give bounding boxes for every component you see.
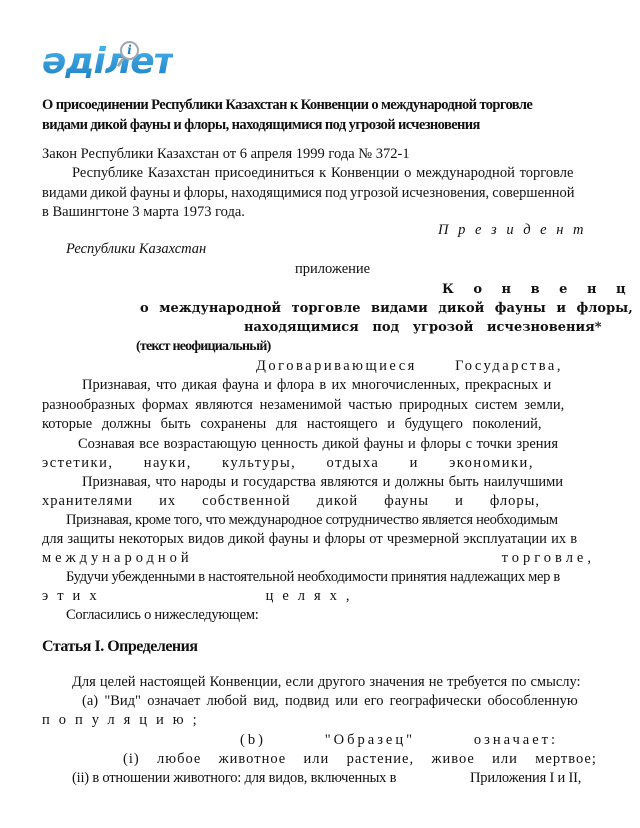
word: собственной [202,492,291,510]
article-1-heading: Статья I. Определения [42,638,198,656]
preamble-p5-line-1: Будучи убежденными в настоятельной необх… [66,568,560,586]
preamble-p4-line-3: международной торговле, [42,549,595,567]
unofficial-note: (текст неофициальный) [136,338,271,356]
word: науки, [144,454,192,472]
word: дикой [317,492,358,510]
word: хранителями [42,492,133,510]
parties-word: Государства, [455,358,563,374]
word: культуры, [222,454,296,472]
convention-title: К о н в е н ц и я [442,281,640,299]
word: растение, [347,750,414,768]
word: их [159,492,176,510]
word: эстетики, [42,454,113,472]
word: живое [431,750,474,768]
signature-president: П р е з и д е н т [438,221,587,239]
word: фауны [384,492,429,510]
agreed-line: Согласились о нижеследующем: [66,606,258,624]
article-1-a-line-2: популяцию; [42,711,206,729]
word: (i) [123,750,140,768]
preamble-p1-line-3: которые должны быть сохранены для настоя… [42,415,542,433]
document-title-line-1: О присоединении Республики Казахстан к К… [42,96,532,114]
word: любое [157,750,201,768]
logo-text: әділет [42,42,173,82]
word: и [455,492,464,510]
preamble-p3-line-1: Признавая, что народы и государства явля… [82,473,563,491]
word: означает: [474,731,558,749]
word: (b) [240,731,266,749]
word: торговле, [502,549,595,567]
word: экономики, [449,454,534,472]
word: животное [219,750,287,768]
appendix-label: приложение [295,260,370,278]
article-1-b-line: (b) "Образец" означает: [240,731,558,749]
law-reference: Закон Республики Казахстан от 6 апреля 1… [42,145,410,163]
preamble-p1-line-2: разнообразных формах являются незаменимо… [42,396,595,414]
convention-subtitle-1: о международной торговле видами дикой фа… [140,300,633,318]
article-1-i-line: (i) любое животное или растение, живое и… [123,750,597,768]
preamble-p5-line-2: этихцелях, [42,587,359,605]
word: и [410,454,419,472]
word: этих [42,588,106,604]
article-1-intro: Для целей настоящей Конвенции, если друг… [72,673,581,691]
convention-subtitle-2: находящимися под угрозой исчезновения* [244,319,602,337]
adilet-logo[interactable]: әділет i [42,42,182,84]
magnifier-i-icon: i [120,41,139,60]
preamble-p2-line-2: эстетики, науки, культуры, отдыха и экон… [42,454,534,472]
intro-line-3: в Вашингтоне 3 марта 1973 года. [42,203,245,221]
parties-line: Договаривающиеся Государства, [256,357,563,375]
word: целях, [266,588,359,604]
preamble-p4-line-1: Признавая, кроме того, что международное… [66,511,558,529]
preamble-p1-line-1: Признавая, что дикая фауна и флора в их … [82,376,595,394]
word: мертвое; [535,750,597,768]
word: отдыха [327,454,380,472]
word: флоры, [490,492,540,510]
article-1-ii-line-right: Приложения I и II, [470,769,581,787]
parties-word: Договаривающиеся [256,358,417,374]
intro-line-1: Республике Казахстан присоединиться к Ко… [72,164,595,182]
preamble-p3-line-2: хранителями их собственной дикой фауны и… [42,492,540,510]
preamble-p2-line-1: Сознавая все возрастающую ценность дикой… [78,435,558,453]
word: "Образец" [325,731,415,749]
article-1-a-line-1: (a) "Вид" означает любой вид, подвид или… [82,692,578,710]
intro-line-2: видами дикой фауны и флоры, находящимися… [42,184,595,202]
signature-republic: Республики Казахстан [66,240,206,258]
word: международной [42,549,193,567]
document-title-line-2: видами дикой фауны и флоры, находящимися… [42,116,480,134]
word: или [492,750,518,768]
word: или [304,750,330,768]
article-1-ii-line-left: (ii) в отношении животного: для видов, в… [72,769,396,787]
preamble-p4-line-2: для защиты некоторых видов дикой фауны и… [42,530,577,548]
